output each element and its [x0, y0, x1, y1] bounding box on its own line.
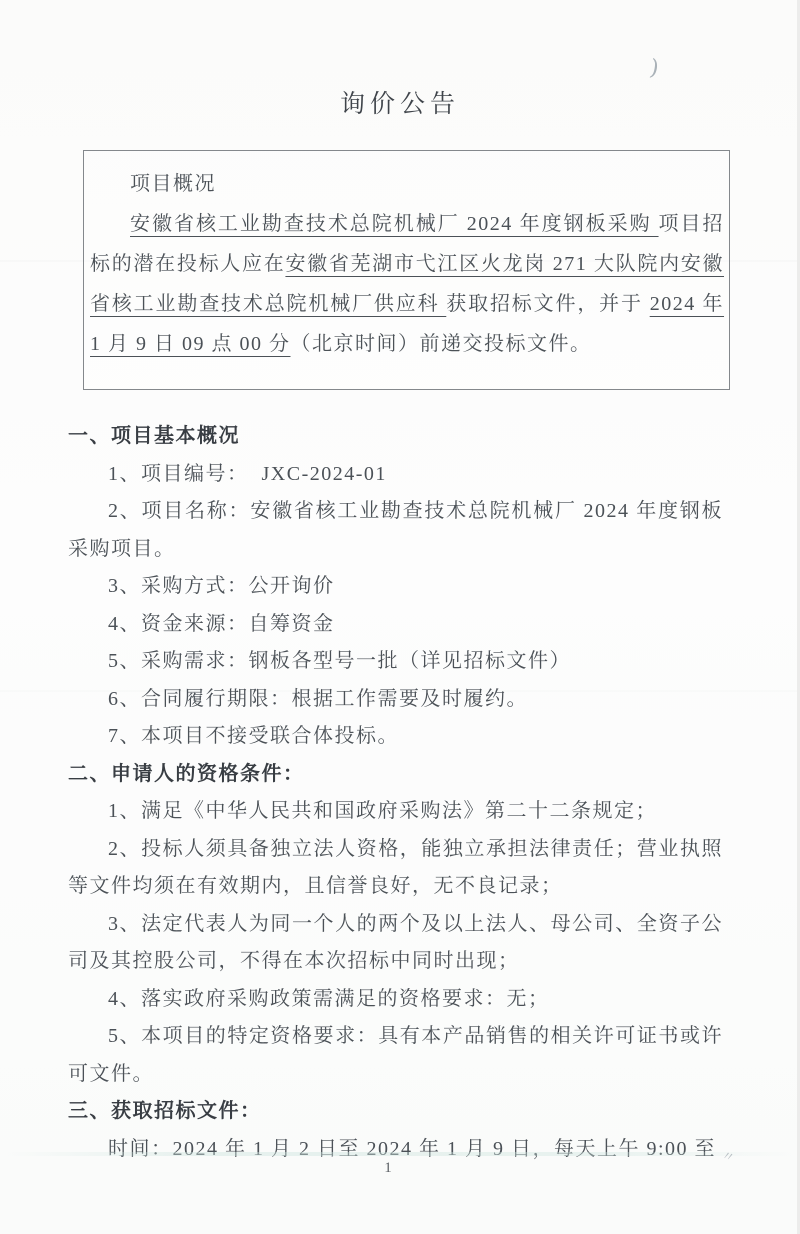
section-item: 5、采购需求：钢板各型号一批（详见招标文件） [68, 643, 723, 681]
overview-paragraph: 安徽省核工业勘查技术总院机械厂 2024 年度钢板采购 项目招标的潜在投标人应在… [90, 204, 724, 364]
project-overview-box: 项目概况 安徽省核工业勘查技术总院机械厂 2024 年度钢板采购 项目招标的潜在… [83, 150, 730, 390]
document-body: 一、项目基本概况1、项目编号： JXC-2024-012、项目名称：安徽省核工业… [68, 418, 723, 1168]
section-item: 3、采购方式：公开询价 [68, 568, 723, 606]
section-item: 3、法定代表人为同一个人的两个及以上法人、母公司、全资子公司及其控股公司，不得在… [68, 906, 723, 981]
document-title: 询价公告 [0, 0, 800, 120]
section-item: 4、资金来源：自筹资金 [68, 606, 723, 644]
page-number: 1 [0, 1160, 776, 1177]
section-item: 5、本项目的特定资格要求：具有本产品销售的相关许可证书或许可文件。 [68, 1018, 723, 1093]
section-item: 4、落实政府采购政策需满足的资格要求：无； [68, 981, 723, 1019]
section-item: 7、本项目不接受联合体投标。 [68, 718, 723, 756]
overview-box-heading: 项目概况 [90, 164, 724, 204]
section-item: 2、投标人须具备独立法人资格，能独立承担法律责任；营业执照等文件均须在有效期内，… [68, 831, 723, 906]
section-item: 1、满足《中华人民共和国政府采购法》第二十二条规定； [68, 793, 723, 831]
plain-text: 获取招标文件，并于 [446, 293, 649, 315]
section-heading-1: 一、项目基本概况 [68, 418, 723, 456]
section-heading-2: 二、申请人的资格条件： [68, 756, 723, 794]
scanned-document-page: ) 询价公告 项目概况 安徽省核工业勘查技术总院机械厂 2024 年度钢板采购 … [0, 0, 800, 1234]
section-heading-3: 三、获取招标文件： [68, 1093, 723, 1131]
section-item: 1、项目编号： JXC-2024-01 [68, 456, 723, 494]
scan-line-artifact [0, 1152, 800, 1156]
section-item: 6、合同履行期限：根据工作需要及时履约。 [68, 681, 723, 719]
plain-text: （北京时间）前递交投标文件。 [291, 333, 592, 355]
section-item: 2、项目名称：安徽省核工业勘查技术总院机械厂 2024 年度钢板采购项目。 [68, 493, 723, 568]
underlined-text: 安徽省核工业勘查技术总院机械厂 2024 年度钢板采购 [130, 213, 659, 235]
